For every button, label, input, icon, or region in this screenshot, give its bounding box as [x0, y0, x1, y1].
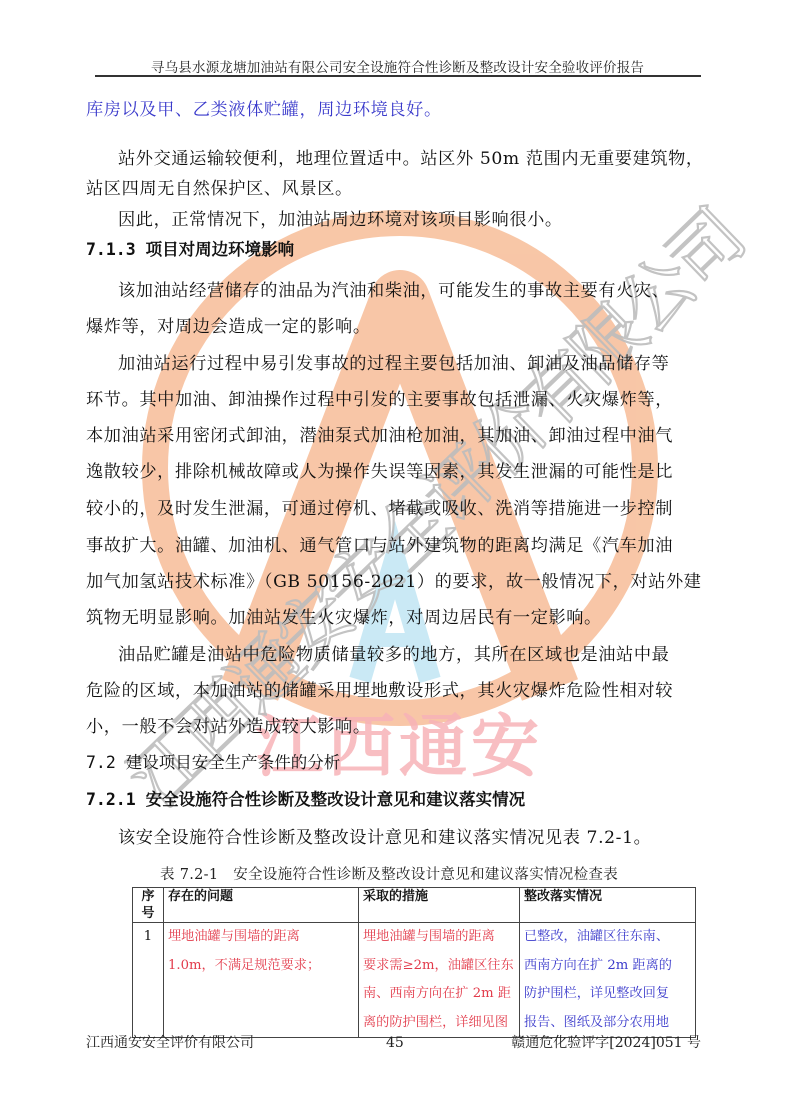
paragraph-line: 加气加氢站技术标准》（GB 50156-2021）的要求，故一般情况下，对站外建: [86, 567, 702, 592]
section-title: 安全设施符合性诊断及整改设计意见和建议落实情况: [146, 790, 526, 809]
footer-company: 江西通安安全评价有限公司: [86, 1032, 254, 1052]
paragraph-line: 逸散较少，排除机械故障或人为操作失误等因素，其发生泄漏的可能性是比: [86, 457, 673, 482]
check-table: 序号 存在的问题 采取的措施 整改落实情况 1 埋地油罐与围墙的距离 1.0m，…: [132, 887, 696, 1038]
cell-line: 西南方向在扩 2m 距离的: [524, 952, 691, 981]
cell-line: 1.0m，不满足规范要求；: [168, 952, 354, 981]
cell-line: 埋地油罐与围墙的距离: [363, 923, 515, 952]
paragraph-line: 筑物无明显影响。加油站发生火灾爆炸，对周边居民有一定影响。: [86, 603, 602, 628]
section-heading-7-2-1: 7.2.1 安全设施符合性诊断及整改设计意见和建议落实情况: [86, 786, 525, 810]
running-header: 寻乌县水源龙塘加油站有限公司安全设施符合性诊断及整改设计安全验收评价报告: [95, 56, 700, 76]
header-issue: 存在的问题: [164, 888, 359, 923]
section-number: 7.1.3: [86, 240, 136, 259]
paragraph-line: 该加油站经营储存的油品为汽油和柴油，可能发生的事故主要有火灾、: [118, 276, 669, 301]
table-caption: 表 7.2-1 安全设施符合性诊断及整改设计意见和建议落实情况检查表: [160, 863, 660, 884]
section-title: 建设项目安全生产条件的分析: [126, 753, 341, 772]
footer-doc-number: 赣通危化验评字[2024]051 号: [511, 1032, 701, 1052]
cell-line: 防护围栏，详见整改回复: [524, 980, 691, 1009]
header-no: 序号: [133, 888, 164, 923]
paragraph-line: 库房以及甲、乙类液体贮罐，周边环境良好。: [86, 95, 442, 120]
section-heading-7-1-3: 7.1.3 项目对周边环境影响: [86, 236, 294, 260]
paragraph-line: 站区四周无自然保护区、风景区。: [86, 174, 353, 199]
paragraph-line: 危险的区域，本加油站的储罐采用埋地敷设形式，其火灾爆炸危险性相对较: [86, 676, 673, 701]
table-header-row: 序号 存在的问题 采取的措施 整改落实情况: [133, 888, 696, 923]
paragraph-line: 本加油站采用密闭式卸油，潜油泵式加油枪加油，其加油、卸油过程中油气: [86, 421, 673, 446]
header-status: 整改落实情况: [520, 888, 696, 923]
table-row: 1 埋地油罐与围墙的距离 1.0m，不满足规范要求； 埋地油罐与围墙的距离 要求…: [133, 923, 696, 1038]
cell-line: 已整改，油罐区往东南、: [524, 923, 691, 952]
header-rule: [95, 75, 701, 77]
cell-line: 要求需≥2m，油罐区往东: [363, 952, 515, 981]
cell-no: 1: [133, 923, 164, 1038]
paragraph-line: 小，一般不会对站外造成较大影响。: [86, 712, 371, 737]
page-number: 45: [386, 1035, 404, 1051]
paragraph-line: 较小的，及时发生泄漏，可通过停机、堵截或吸收、洗消等措施进一步控制: [86, 494, 673, 519]
paragraph-line: 站外交通运输较便利，地理位置适中。站区外 50m 范围内无重要建筑物，: [118, 144, 704, 169]
cell-measure: 埋地油罐与围墙的距离 要求需≥2m，油罐区往东 南、西南方向在扩 2m 距 离的…: [359, 923, 520, 1038]
cell-line: 离的防护围栏，详细见图: [363, 1009, 515, 1038]
cell-status: 已整改，油罐区往东南、 西南方向在扩 2m 距离的 防护围栏，详见整改回复 报告…: [520, 923, 696, 1038]
section-heading-7-2: 7.2 建设项目安全生产条件的分析: [86, 749, 340, 773]
document-page: 江西通安 江西通安安全评价有限公司 寻乌县水源龙塘加油站有限公司安全设施符合性诊…: [0, 0, 793, 1120]
section-number: 7.2: [86, 753, 116, 772]
section-number: 7.2.1: [86, 790, 136, 809]
paragraph-line: 环节。其中加油、卸油操作过程中引发的主要事故包括泄漏、火灾爆炸等，: [86, 385, 673, 410]
paragraph-line: 加油站运行过程中易引发事故的过程主要包括加油、卸油及油品储存等: [118, 349, 669, 374]
paragraph-line: 爆炸等，对周边会造成一定的影响。: [86, 312, 371, 337]
cell-line: 埋地油罐与围墙的距离: [168, 923, 354, 952]
section-title: 项目对周边环境影响: [146, 240, 295, 259]
paragraph-line: 油品贮罐是油站中危险物质储量较多的地方，其所在区域也是油站中最: [118, 640, 669, 665]
header-measure: 采取的措施: [359, 888, 520, 923]
paragraph-line: 事故扩大。油罐、加油机、通气管口与站外建筑物的距离均满足《汽车加油: [86, 531, 673, 556]
cell-line: 南、西南方向在扩 2m 距: [363, 980, 515, 1009]
paragraph-line: 因此，正常情况下，加油站周边环境对该项目影响很小。: [118, 205, 563, 230]
paragraph-line: 该安全设施符合性诊断及整改设计意见和建议落实情况见表 7.2-1。: [118, 823, 651, 848]
cell-issue: 埋地油罐与围墙的距离 1.0m，不满足规范要求；: [164, 923, 359, 1038]
